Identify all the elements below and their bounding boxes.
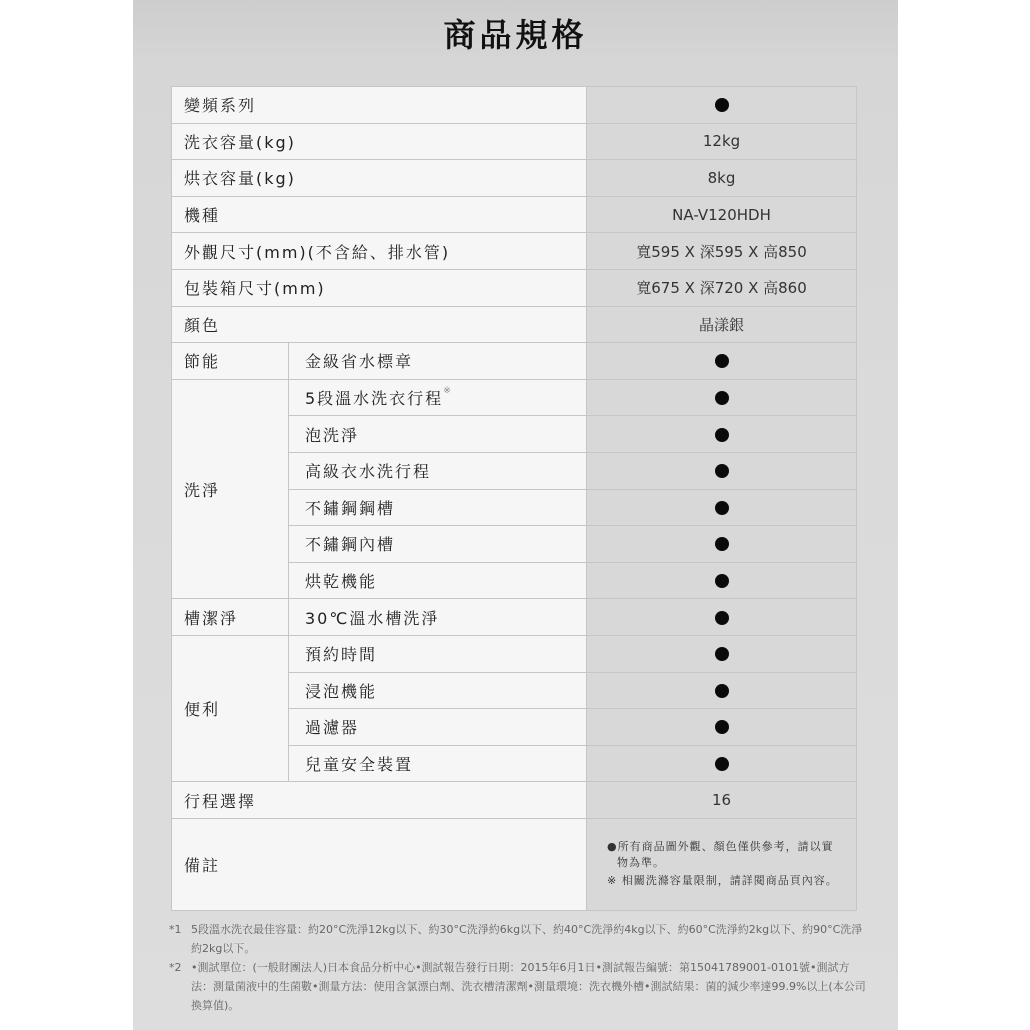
feature-value <box>587 416 857 453</box>
table-row: 節能 金級省水標章 <box>172 343 857 380</box>
feature-label: 30℃溫水槽洗淨 <box>289 599 587 636</box>
feature-label: 兒童安全裝置 <box>289 745 587 782</box>
feature-value <box>587 379 857 416</box>
row-label: 行程選擇 <box>172 782 587 819</box>
row-value <box>587 87 857 124</box>
bullet-dot-icon <box>715 391 729 405</box>
bullet-dot-icon <box>715 501 729 515</box>
bullet-dot-icon <box>715 428 729 442</box>
remarks-label: 備註 <box>172 818 587 910</box>
row-value: 12kg <box>587 123 857 160</box>
feature-value <box>587 343 857 380</box>
feature-label: 高級衣水洗行程 <box>289 452 587 489</box>
table-row: 變頻系列 <box>172 87 857 124</box>
feature-value <box>587 526 857 563</box>
group-label: 節能 <box>172 343 289 380</box>
row-label: 機種 <box>172 196 587 233</box>
row-value: 8kg <box>587 160 857 197</box>
feature-label: 5段溫水洗衣行程※ <box>289 379 587 416</box>
bullet-dot-icon <box>715 611 729 625</box>
group-label: 洗淨 <box>172 379 289 599</box>
bullet-dot-icon <box>715 464 729 478</box>
feature-label: 不鏽鋼內槽 <box>289 526 587 563</box>
bullet-dot-icon <box>715 354 729 368</box>
row-value: 晶漾銀 <box>587 306 857 343</box>
row-value: 寬595 X 深595 X 高850 <box>587 233 857 270</box>
remarks-value: ●所有商品圖外觀、顏色僅供參考，請以實物為準。 ※ 相關洗滌容量限制，請詳閱商品… <box>587 818 857 910</box>
feature-value <box>587 452 857 489</box>
feature-value <box>587 635 857 672</box>
feature-value <box>587 599 857 636</box>
group-label: 槽潔淨 <box>172 599 289 636</box>
bullet-dot-icon <box>715 537 729 551</box>
footnote-text: •測試單位：(一般財團法人)日本食品分析中心•測試報告發行日期：2015年6月1… <box>191 958 869 1015</box>
table-row: 包裝箱尺寸(mm) 寬675 X 深720 X 高860 <box>172 269 857 306</box>
feature-label: 金級省水標章 <box>289 343 587 380</box>
feature-value <box>587 562 857 599</box>
table-row: 洗淨 5段溫水洗衣行程※ <box>172 379 857 416</box>
feature-label: 烘乾機能 <box>289 562 587 599</box>
row-label: 變頻系列 <box>172 87 587 124</box>
bullet-dot-icon <box>715 647 729 661</box>
table-row: 槽潔淨 30℃溫水槽洗淨 <box>172 599 857 636</box>
table-row-remarks: 備註 ●所有商品圖外觀、顏色僅供參考，請以實物為準。 ※ 相關洗滌容量限制，請詳… <box>172 818 857 910</box>
spec-panel: 商品規格 變頻系列 洗衣容量(kg) 12kg 烘衣容量(kg) 8kg 機種 … <box>133 0 898 1030</box>
feature-label: 過濾器 <box>289 709 587 746</box>
bullet-dot-icon <box>715 684 729 698</box>
row-label: 烘衣容量(kg) <box>172 160 587 197</box>
table-row: 外觀尺寸(mm)(不含給、排水管) 寬595 X 深595 X 高850 <box>172 233 857 270</box>
feature-value <box>587 709 857 746</box>
feature-value <box>587 489 857 526</box>
table-row: 顏色 晶漾銀 <box>172 306 857 343</box>
row-value: 寬675 X 深720 X 高860 <box>587 269 857 306</box>
table-row: 機種 NA-V120HDH <box>172 196 857 233</box>
footnotes: *1 5段溫水洗衣最佳容量：約20°C洗淨12kg以下、約30°C洗淨約6kg以… <box>169 920 869 1015</box>
spec-table: 變頻系列 洗衣容量(kg) 12kg 烘衣容量(kg) 8kg 機種 NA-V1… <box>171 86 857 911</box>
footnote-key: *2 <box>169 958 191 1015</box>
feature-label: 不鏽鋼鋼槽 <box>289 489 587 526</box>
row-label: 外觀尺寸(mm)(不含給、排水管) <box>172 233 587 270</box>
bullet-dot-icon <box>715 757 729 771</box>
remark-line: ※ 相關洗滌容量限制，請詳閱商品頁內容。 <box>607 873 838 889</box>
bullet-dot-icon <box>715 98 729 112</box>
row-label: 顏色 <box>172 306 587 343</box>
table-row: 便利 預約時間 <box>172 635 857 672</box>
row-value: NA-V120HDH <box>587 196 857 233</box>
feature-value <box>587 745 857 782</box>
bullet-dot-icon <box>715 720 729 734</box>
table-row: 行程選擇 16 <box>172 782 857 819</box>
feature-label: 預約時間 <box>289 635 587 672</box>
group-label: 便利 <box>172 635 289 781</box>
remark-line: ●所有商品圖外觀、顏色僅供參考，請以實物為準。 <box>607 839 838 871</box>
page-title: 商品規格 <box>133 10 898 56</box>
row-label: 包裝箱尺寸(mm) <box>172 269 587 306</box>
feature-label: 浸泡機能 <box>289 672 587 709</box>
footnote-key: *1 <box>169 920 191 958</box>
footnote-mark: ※ <box>443 386 451 396</box>
row-label: 洗衣容量(kg) <box>172 123 587 160</box>
footnote: *1 5段溫水洗衣最佳容量：約20°C洗淨12kg以下、約30°C洗淨約6kg以… <box>169 920 869 958</box>
table-row: 洗衣容量(kg) 12kg <box>172 123 857 160</box>
feature-value <box>587 672 857 709</box>
footnote-text: 5段溫水洗衣最佳容量：約20°C洗淨12kg以下、約30°C洗淨約6kg以下、約… <box>191 920 869 958</box>
footnote: *2 •測試單位：(一般財團法人)日本食品分析中心•測試報告發行日期：2015年… <box>169 958 869 1015</box>
row-value: 16 <box>587 782 857 819</box>
table-row: 烘衣容量(kg) 8kg <box>172 160 857 197</box>
bullet-dot-icon <box>715 574 729 588</box>
feature-label: 泡洗淨 <box>289 416 587 453</box>
